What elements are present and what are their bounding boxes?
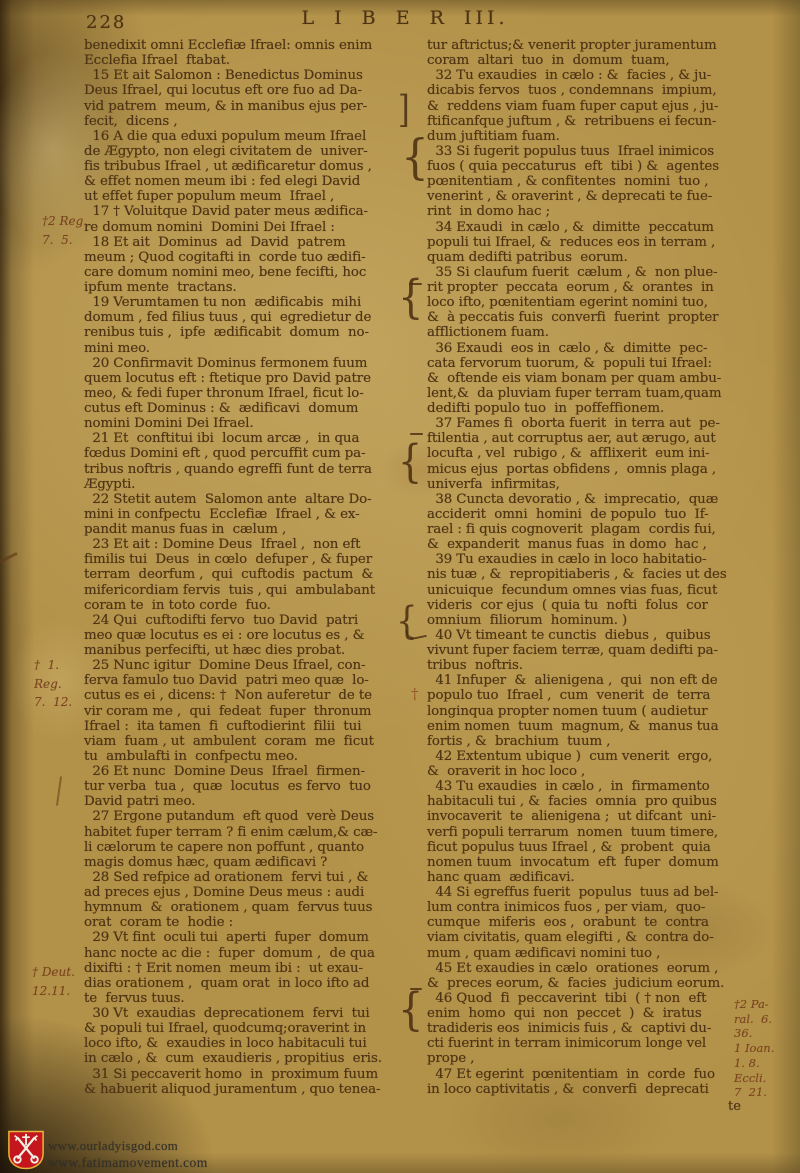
- text-line: nomini Domini Dei Ifrael.: [84, 416, 422, 431]
- text-line: 44 Si egreffus fuerit populus tuus ad be…: [427, 885, 765, 900]
- text-line: manibus perfecifti, ut hæc dies probat.: [84, 643, 422, 658]
- margin-note-line: †2 Reg.: [42, 212, 87, 231]
- text-line: fortis , & brachium tuum ,: [427, 734, 765, 749]
- text-line: 46 Quod fi peccaverint tibi ( † non eft: [427, 991, 765, 1006]
- text-line: care domum nomini meo, bene fecifti, hoc: [84, 265, 422, 280]
- text-line: & à peccatis fuis converfi fuerint propt…: [427, 310, 765, 325]
- text-line: habitaculi tui , & facies omnia pro quib…: [427, 794, 765, 809]
- page-header-title: L I B E R III.: [240, 7, 570, 29]
- text-line: habitet fuper terram ? fi enim cælum,& c…: [84, 825, 422, 840]
- text-line: 47 Et egerint pœnitentiam in corde fuo: [427, 1067, 765, 1082]
- text-line: lum contra inimicos fuos , per viam, quo…: [427, 900, 765, 915]
- text-line: & effet nomen meum ibi : fed elegi David: [84, 174, 422, 189]
- text-line: mifericordiam fervis tuis , qui ambulaba…: [84, 583, 422, 598]
- text-line: dicabis fervos tuos , condemnans impium,: [427, 83, 765, 98]
- text-line: omnium filiorum hominum. ): [427, 613, 765, 628]
- text-line: unicuique fecundum omnes vias fuas, ficu…: [427, 583, 765, 598]
- text-line: re domum nomini Domini Dei Ifrael :: [84, 220, 422, 235]
- text-line: 23 Et ait : Domine Deus Ifrael , non eft: [84, 537, 422, 552]
- text-line: coram altari tuo in domum tuam,: [427, 53, 765, 68]
- text-line: 34 Exaudi in cælo , & dimitte peccatum: [427, 220, 765, 235]
- text-line: 15 Et ait Salomon : Benedictus Dominus: [84, 68, 422, 83]
- watermark-url-2: www.fatimamovement.com: [48, 1154, 208, 1171]
- text-line: cti fuerint in terram inimicorum longe v…: [427, 1036, 765, 1051]
- text-line: enim homo qui non peccet ) & iratus: [427, 1006, 765, 1021]
- text-line: micus ejus portas obfidens , omnis plaga…: [427, 462, 765, 477]
- text-line: 29 Vt fint oculi tui aperti fuper domum: [84, 930, 422, 945]
- text-line: ficut populus tuus Ifrael , & probent qu…: [427, 840, 765, 855]
- text-line: rael : fi quis cognoverit plagam cordis …: [427, 522, 765, 537]
- text-line: tribus noftris , quando egreffi funt de …: [84, 462, 422, 477]
- text-line: fis tribubus Ifrael , ut ædificaretur do…: [84, 159, 422, 174]
- margin-note-line: † Deut.: [32, 963, 75, 982]
- text-line: 26 Et nunc Domine Deus Ifrael firmen-: [84, 764, 422, 779]
- text-line: te fervus tuus.: [84, 991, 422, 1006]
- text-line: acciderit omni homini de populo tuo If-: [427, 507, 765, 522]
- text-line: 18 Et ait Dominus ad David patrem: [84, 235, 422, 250]
- text-line: verfi populi terrarum nomen tuum timere,: [427, 825, 765, 840]
- text-line: 35 Si claufum fuerit cælum , & non plue-: [427, 265, 765, 280]
- text-line: loco ifto, pœnitentiam egerint nomini tu…: [427, 295, 765, 310]
- text-line: 33 Si fugerit populus tuus Ifrael inimic…: [427, 144, 765, 159]
- left-text-column: benedixit omni Ecclefiæ Ifrael: omnis en…: [84, 38, 422, 1097]
- margin-note-line: Eccli.: [734, 1071, 796, 1086]
- text-line: cutus es ei , dicens: † Non auferetur de…: [84, 688, 422, 703]
- text-line: benedixit omni Ecclefiæ Ifrael: omnis en…: [84, 38, 422, 53]
- text-line: 28 Sed refpice ad orationem fervi tui , …: [84, 870, 422, 885]
- text-line: dum juftitiam fuam.: [427, 129, 765, 144]
- text-line: in cælo , & cum exaudieris , propitius e…: [84, 1051, 422, 1066]
- crossed-keys-shield-icon: [7, 1130, 45, 1170]
- text-line: 20 Confirmavit Dominus fermonem fuum: [84, 356, 422, 371]
- margin-note-line: 12.11.: [32, 982, 75, 1001]
- text-line: Ægypti.: [84, 477, 422, 492]
- text-line: hymnum & orationem , quam fervus tuus: [84, 900, 422, 915]
- text-line: pœnitentiam , & confitentes nomini tuo ,: [427, 174, 765, 189]
- text-line: meo quæ locutus es ei : ore locutus es ,…: [84, 628, 422, 643]
- text-line: ut effet fuper populum meum Ifrael ,: [84, 189, 422, 204]
- text-line: mini meo.: [84, 341, 422, 356]
- text-line: 30 Vt exaudias deprecationem fervi tui: [84, 1006, 422, 1021]
- text-line: 16 A die qua eduxi populum meum Ifrael: [84, 129, 422, 144]
- text-line: & expanderit manus fuas in domo hac ,: [427, 537, 765, 552]
- text-line: nis tuæ , & repropitiaberis , & facies u…: [427, 567, 765, 582]
- text-line: coram te in toto corde fuo.: [84, 598, 422, 613]
- page-number: 228: [86, 12, 126, 33]
- text-line: 45 Et exaudies in cælo orationes eorum ,: [427, 961, 765, 976]
- text-line: rint in domo hac ;: [427, 204, 765, 219]
- margin-note-deut: † Deut.12.11.: [32, 963, 75, 1000]
- text-line: dixifti : † Erit nomen meum ibi : ut exa…: [84, 961, 422, 976]
- text-line: Ifrael : ita tamen fi cuftodierint filii…: [84, 719, 422, 734]
- text-line: li cælorum te capere non poffunt , quant…: [84, 840, 422, 855]
- text-line: & oftende eis viam bonam per quam ambu-: [427, 371, 765, 386]
- watermark-url-1: www.ourladyisgod.com: [48, 1138, 208, 1154]
- text-line: domum , fed filius tuus , qui egredietur…: [84, 310, 422, 325]
- text-line: tribus noftris.: [427, 658, 765, 673]
- margin-note-line: Reg.: [34, 675, 72, 694]
- text-line: cumque miferis eos , orabunt te contra: [427, 915, 765, 930]
- margin-note-2reg: †2 Reg.7. 5.: [42, 212, 87, 249]
- text-line: viam fuam , ut ambulent coram me ficut: [84, 734, 422, 749]
- text-line: & habuerit aliquod juramentum , quo tene…: [84, 1082, 422, 1097]
- text-line: populo tuo Ifrael , cum venerit de terra: [427, 688, 765, 703]
- text-line: 31 Si peccaverit homo in proximum fuum: [84, 1067, 422, 1082]
- text-line: ad preces ejus , Domine Deus meus : audi: [84, 885, 422, 900]
- text-line: dias orationem , quam orat in loco ifto …: [84, 976, 422, 991]
- text-line: univerfa infirmitas,: [427, 477, 765, 492]
- margin-note-line: †2 Pa-: [734, 997, 796, 1012]
- text-line: fuos ( quia peccaturus eft tibi ) & agen…: [427, 159, 765, 174]
- text-line: invocaverit te alienigena ; ut difcant u…: [427, 809, 765, 824]
- text-line: meo, & fedi fuper thronum Ifrael, ficut …: [84, 386, 422, 401]
- text-line: rit propter peccata eorum , & orantes in: [427, 280, 765, 295]
- text-line: fecit, dicens ,: [84, 114, 422, 129]
- text-line: ftificanfque juftum , & retribuens ei fe…: [427, 114, 765, 129]
- text-line: Ecclefia Ifrael ftabat.: [84, 53, 422, 68]
- text-line: terram deorfum , qui cuftodis pactum &: [84, 567, 422, 582]
- margin-note-line: 1. 8.: [734, 1056, 796, 1071]
- margin-note-paral: †2 Pa-ral. 6.36.1 Ioan.1. 8.Eccli.7 21.: [734, 997, 796, 1100]
- text-line: dedifti populo tuo in poffeffionem.: [427, 401, 765, 416]
- text-line: 32 Tu exaudies in cælo : & facies , & ju…: [427, 68, 765, 83]
- text-line: mini in confpectu Ecclefiæ Ifrael , & ex…: [84, 507, 422, 522]
- text-line: venerint , & oraverint , & deprecati te …: [427, 189, 765, 204]
- text-line: locufta , vel rubigo , & afflixerit eum …: [427, 446, 765, 461]
- text-line: & preces eorum, & facies judicium eorum.: [427, 976, 765, 991]
- text-line: 38 Cuncta devoratio , & imprecatio, quæ: [427, 492, 765, 507]
- text-line: ferva famulo tuo David patri meo quæ lo-: [84, 673, 422, 688]
- text-line: & populi tui Ifrael, quodcumq;oraverint …: [84, 1021, 422, 1036]
- right-text-column: tur aftrictus;& venerit propter jurament…: [427, 38, 765, 1097]
- text-line: 42 Extentum ubique ) cum venerit ergo,: [427, 749, 765, 764]
- text-line: tur aftrictus;& venerit propter jurament…: [427, 38, 765, 53]
- text-line: pandit manus fuas in cælum ,: [84, 522, 422, 537]
- margin-note-line: 7. 12.: [34, 693, 72, 712]
- ink-dagger-mark: †: [411, 685, 419, 703]
- margin-note-line: ral. 6.: [734, 1012, 796, 1027]
- text-line: 21 Et conftitui ibi locum arcæ , in qua: [84, 431, 422, 446]
- margin-note-line: 36.: [734, 1026, 796, 1041]
- ink-pen-stroke: [56, 776, 63, 806]
- text-line: prope ,: [427, 1051, 765, 1066]
- text-line: cutus eft Dominus : & ædificavi domum: [84, 401, 422, 416]
- text-line: 36 Exaudi eos in cælo , & dimitte pec-: [427, 341, 765, 356]
- margin-note-line: 7. 5.: [42, 231, 87, 250]
- text-line: & reddens viam fuam fuper caput ejus , j…: [427, 99, 765, 114]
- margin-note-line: 7 21.: [734, 1085, 796, 1100]
- text-line: 25 Nunc igitur Domine Deus Ifrael, con-: [84, 658, 422, 673]
- ink-tick: [0, 552, 18, 566]
- text-line: ipfum mente tractans.: [84, 280, 422, 295]
- text-line: afflictionem fuam.: [427, 325, 765, 340]
- text-line: ftilentia , aut corruptus aer, aut ærugo…: [427, 431, 765, 446]
- margin-note-1reg: † 1.Reg.7. 12.: [34, 656, 72, 712]
- text-line: fimilis tui Deus in cœlo defuper , & fup…: [84, 552, 422, 567]
- text-line: populi tui Ifrael, & reduces eos in terr…: [427, 235, 765, 250]
- text-line: lent,& da pluviam fuper terram tuam,quam: [427, 386, 765, 401]
- text-line: 43 Tu exaudies in cælo , in firmamento: [427, 779, 765, 794]
- text-line: 17 † Voluitque David pater meus ædifica-: [84, 204, 422, 219]
- text-line: 19 Verumtamen tu non ædificabis mihi: [84, 295, 422, 310]
- text-line: orat coram te hodie :: [84, 915, 422, 930]
- text-line: 22 Stetit autem Salomon ante altare Do-: [84, 492, 422, 507]
- text-line: hanc quam ædificavi.: [427, 870, 765, 885]
- text-line: tur verba tua , quæ locutus es fervo tuo: [84, 779, 422, 794]
- scanned-book-page: { "page": { "number": "228", "header": "…: [0, 0, 800, 1173]
- text-line: magis domus hæc, quam ædificavi ?: [84, 855, 422, 870]
- text-line: 37 Fames fi oborta fuerit in terra aut p…: [427, 416, 765, 431]
- text-line: 40 Vt timeant te cunctis diebus , quibus: [427, 628, 765, 643]
- text-line: tradideris eos inimicis fuis , & captivi…: [427, 1021, 765, 1036]
- text-line: tu ambulafti in confpectu meo.: [84, 749, 422, 764]
- text-line: nomen tuum invocatum eft fuper domum: [427, 855, 765, 870]
- text-line: enim nomen tuum magnum, & manus tua: [427, 719, 765, 734]
- text-line: vivunt fuper faciem terræ, quam dedifti …: [427, 643, 765, 658]
- text-line: longinqua propter nomen tuum ( audietur: [427, 704, 765, 719]
- text-line: meum ; Quod cogitafti in corde tuo ædifi…: [84, 250, 422, 265]
- watermark: www.ourladyisgod.com www.fatimamovement.…: [0, 1126, 320, 1173]
- text-line: 39 Tu exaudies in cælo in loco habitatio…: [427, 552, 765, 567]
- text-line: de Ægypto, non elegi civitatem de univer…: [84, 144, 422, 159]
- margin-note-line: † 1.: [34, 656, 72, 675]
- text-line: & oraverit in hoc loco ,: [427, 764, 765, 779]
- text-line: cata fervorum tuorum, & populi tui Ifrae…: [427, 356, 765, 371]
- text-line: fœdus Domini eft , quod percuffit cum pa…: [84, 446, 422, 461]
- text-line: quam dedifti patribus eorum.: [427, 250, 765, 265]
- text-line: 41 Infuper & alienigena , qui non eft de: [427, 673, 765, 688]
- text-line: Deus Ifrael, qui locutus eft ore fuo ad …: [84, 83, 422, 98]
- text-line: in loco captivitatis , & converfi deprec…: [427, 1082, 765, 1097]
- text-line: vid patrem meum, & in manibus ejus per-: [84, 99, 422, 114]
- text-line: 27 Ergone putandum eft quod verè Deus: [84, 809, 422, 824]
- text-line: quem locutus eft : ftetique pro David pa…: [84, 371, 422, 386]
- text-line: vir coram me , qui fedeat fuper thronum: [84, 704, 422, 719]
- margin-note-line: 1 Ioan.: [734, 1041, 796, 1056]
- text-line: David patri meo.: [84, 794, 422, 809]
- text-line: 24 Qui cuftodifti fervo tuo David patri: [84, 613, 422, 628]
- catchword: te: [728, 1099, 741, 1114]
- text-line: mum , quam ædificavi nomini tuo ,: [427, 946, 765, 961]
- text-line: videris cor ejus ( quia tu nofti folus c…: [427, 598, 765, 613]
- text-line: loco ifto, & exaudies in loco habitaculi…: [84, 1036, 422, 1051]
- text-line: hanc nocte ac die : fuper domum , de qua: [84, 946, 422, 961]
- text-line: renibus tuis , ipfe ædificabit domum no-: [84, 325, 422, 340]
- text-line: viam civitatis, quam elegifti , & contra…: [427, 930, 765, 945]
